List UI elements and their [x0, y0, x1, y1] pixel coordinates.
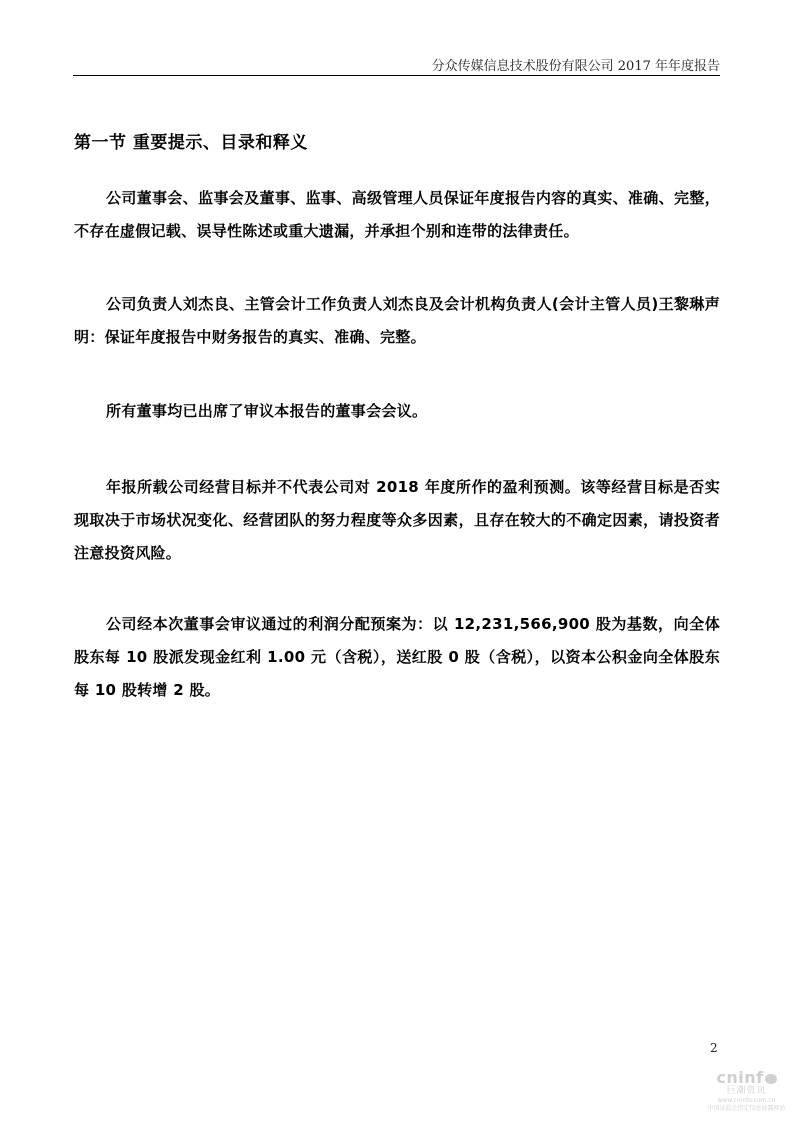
- cninfo-watermark: cninf 巨潮资讯 www.cninfo.com.cn 中国证监会指定信息披露…: [700, 1070, 793, 1113]
- section-title: 第一节 重要提示、目录和释义: [74, 128, 308, 153]
- cninfo-logo-text: cninf: [716, 1068, 763, 1087]
- cninfo-chinese-name: 巨潮资讯: [700, 1086, 793, 1097]
- paragraph-profit-distribution: 公司经本次董事会审议通过的利润分配预案为：以 12,231,566,900 股为…: [74, 608, 720, 707]
- running-header: 分众传媒信息技术股份有限公司 2017 年年度报告: [73, 55, 720, 76]
- cninfo-swirl-icon: [765, 1074, 777, 1084]
- page-number: 2: [710, 1041, 718, 1055]
- cninfo-logo: cninf: [700, 1070, 793, 1086]
- paragraph-board-attendance: 所有董事均已出席了审议本报告的董事会会议。: [74, 395, 720, 428]
- paragraph-risk-notice: 年报所载公司经营目标并不代表公司对 2018 年度所作的盈利预测。该等经营目标是…: [74, 471, 720, 570]
- running-title: 分众传媒信息技术股份有限公司 2017 年年度报告: [432, 59, 720, 74]
- cninfo-subtitle: 中国证监会指定信息披露网站: [700, 1105, 793, 1113]
- paragraph-financial-statement-declaration: 公司负责人刘杰良、主管会计工作负责人刘杰良及会计机构负责人(会计主管人员)王黎琳…: [74, 288, 720, 354]
- paragraph-board-guarantee: 公司董事会、监事会及董事、监事、高级管理人员保证年度报告内容的真实、准确、完整，…: [74, 182, 720, 248]
- cninfo-url: www.cninfo.com.cn: [700, 1097, 793, 1105]
